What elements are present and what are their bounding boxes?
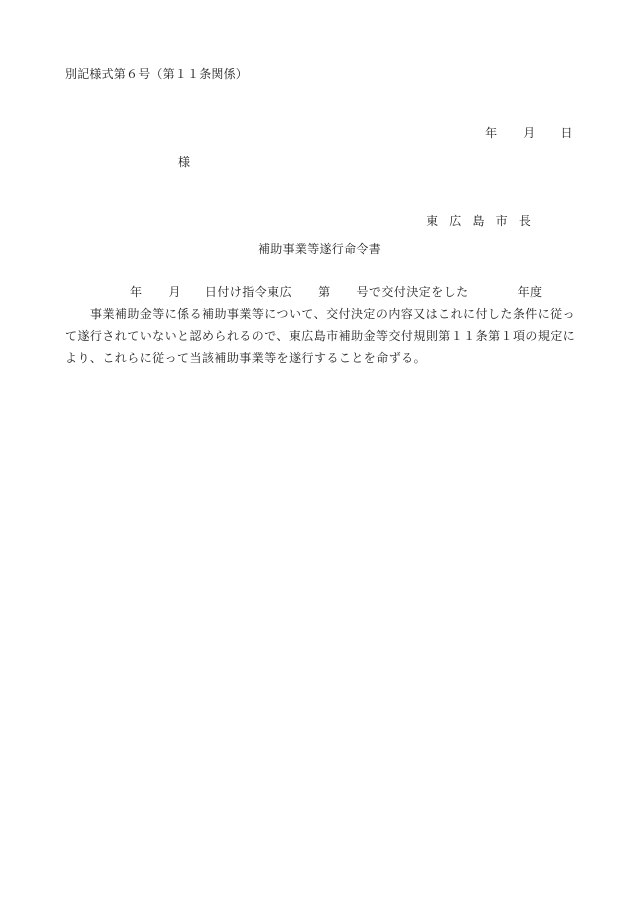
body-month-label: 月 [168,285,180,299]
body-dai-label: 第 [318,285,330,299]
form-reference: 別記様式第６号（第１１条関係） [65,66,248,82]
body-text: 事業補助金等に係る補助事業等について、交付決定の内容又はこれに付した条件に従っ [90,307,575,321]
body-go-text: 号で交付決定をした [357,285,469,299]
body-line-3: て遂行されていないと認められるので、東広島市補助金等交付規則第１１条第１項の規定… [65,328,570,344]
date-year-label: 年 [485,125,497,141]
body-line-1: 年月日付け指令東広第号で交付決定をした年度 [65,284,570,300]
issuer-char: 東 [426,213,438,229]
issuer-char: 長 [519,213,531,229]
body-line-4: より、これらに従って当該補助事業等を遂行することを命ずる。 [65,350,570,366]
issuer-char: 広 [449,213,461,229]
issuer-char: 市 [496,213,508,229]
date-month-label: 月 [523,125,535,141]
body-fiscal-year-label: 年度 [518,285,543,299]
issuer-char: 島 [472,213,484,229]
date-day-label: 日 [560,125,572,141]
document-title: 補助事業等遂行命令書 [258,241,381,257]
issue-date: 年月日 [469,109,573,157]
issuer-name: 東広島市長 [410,197,542,245]
body-day-text: 日付け指令東広 [205,285,292,299]
addressee: 様 [178,154,190,170]
document-page: 別記様式第６号（第１１条関係） 年月日 様 東広島市長 補助事業等遂行命令書 年… [0,0,630,903]
body-line-2: 事業補助金等に係る補助事業等について、交付決定の内容又はこれに付した条件に従っ [65,306,570,322]
body-year-label: 年 [130,285,142,299]
